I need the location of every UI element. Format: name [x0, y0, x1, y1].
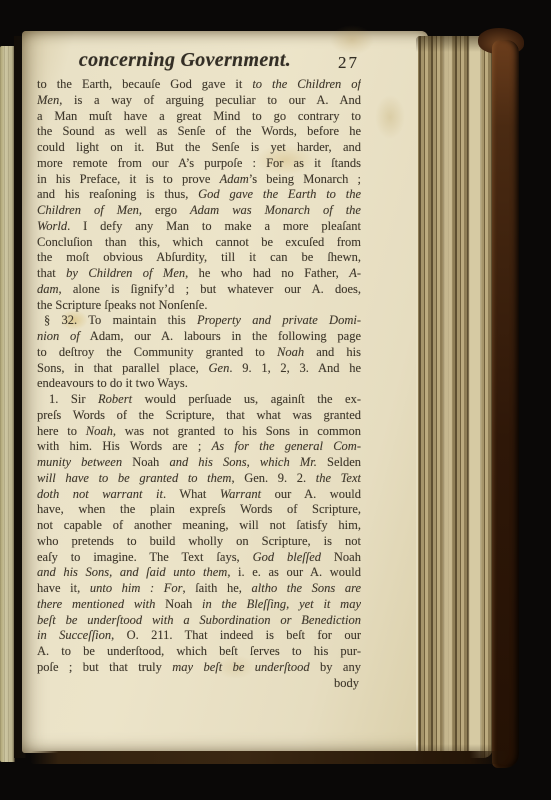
- roman-text: and his: [304, 345, 361, 359]
- roman-text: have, when the plain expreſs Words of Sc…: [37, 502, 361, 516]
- text-line: beſt be underſtood with a Subordination …: [37, 613, 361, 629]
- italic-text: Noah: [86, 424, 113, 438]
- text-line: the Sound as well as Senſe of the Words,…: [37, 124, 361, 140]
- text-line: and his Sons, and ſaid unto them, i. e. …: [37, 565, 361, 581]
- roman-text: , he who had no Father,: [185, 266, 349, 280]
- roman-text: endeavours to do it two Ways.: [37, 376, 188, 390]
- text-line: A. to be underſtood, which beſt ſerves t…: [37, 644, 361, 660]
- italic-text: will have to be granted to them: [37, 471, 231, 485]
- text-line: eaſy to imagine. The Text ſays, God bleſ…: [37, 550, 361, 566]
- text-line: will have to be granted to them, Gen. 9.…: [37, 471, 361, 487]
- roman-text: , O. 211. That indeed is beſt for our: [111, 628, 361, 642]
- text-line: endeavours to do it two Ways.: [37, 376, 361, 392]
- text-line: the Scripture ſpeaks not Nonſenſe.: [37, 298, 361, 314]
- text-line: World. I defy any Man to make a more ple…: [37, 219, 361, 235]
- italic-text: by Children of Men: [66, 266, 185, 280]
- bottom-board-edge: [30, 751, 508, 764]
- roman-text: . 9. 1, 2, 3. And he: [229, 361, 361, 375]
- italic-text: altho the Sons are: [252, 581, 362, 595]
- text-line: § 32. To maintain this Property and priv…: [37, 313, 361, 329]
- facing-page-edge: [0, 46, 15, 762]
- italic-text: Adam: [220, 172, 249, 186]
- italic-text: Noah: [277, 345, 304, 359]
- text-line: munity between Noah and his Sons, which …: [37, 455, 361, 471]
- text-line: doth not warrant it. What Warrant our A.…: [37, 487, 361, 503]
- page-number: 27: [338, 53, 359, 73]
- catchword: body: [37, 676, 361, 692]
- italic-text: Property and private Domi-: [197, 313, 361, 327]
- roman-text: who pretends to build wholly on Scriptur…: [37, 534, 361, 548]
- italic-text: dam: [37, 282, 59, 296]
- roman-text: , alone is ſignify’d ; but whatever our …: [59, 282, 361, 296]
- text-line: dam, alone is ſignify’d ; but whatever o…: [37, 282, 361, 298]
- roman-text: , ergo: [139, 203, 190, 217]
- text-line: here to Noah, was not granted to his Son…: [37, 424, 361, 440]
- roman-text: Concluſion than this, which cannot be ex…: [37, 235, 361, 249]
- text-block: to the Earth, becauſe God gave it to the…: [37, 77, 361, 691]
- roman-text: in his Preface, it is to prove: [37, 172, 220, 186]
- italic-text: As for the general Com-: [212, 439, 361, 453]
- fore-edge-pages: [416, 36, 493, 758]
- text-line: who pretends to build wholly on Scriptur…: [37, 534, 361, 550]
- text-line: could light on it. But the Senſe is yet …: [37, 140, 361, 156]
- roman-text: a Man muſt have a great Mind to go contr…: [37, 109, 361, 123]
- text-line: have, when the plain expreſs Words of Sc…: [37, 502, 361, 518]
- italic-text: World: [37, 219, 67, 233]
- roman-text: , was not granted to his Sons in common: [113, 424, 361, 438]
- italic-text: A-: [349, 266, 361, 280]
- italic-text: munity between: [37, 455, 122, 469]
- text-line: to the Earth, becauſe God gave it to the…: [37, 77, 361, 93]
- roman-text: Noah: [321, 550, 361, 564]
- running-header: concerning Government. 27: [37, 49, 361, 73]
- roman-text: Noah: [122, 455, 169, 469]
- text-line: 1. Sir Robert would perſuade us, againſt…: [37, 392, 361, 408]
- roman-text: Sons, in that parallel place,: [37, 361, 209, 375]
- roman-text: , is a way of arguing peculiar to our A.…: [59, 93, 361, 107]
- italic-text: Gen: [209, 361, 230, 375]
- roman-text: to the Earth, becauſe God gave it: [37, 77, 252, 91]
- roman-text: could light on it. But the Senſe is yet …: [37, 140, 361, 154]
- text-line: Men, is a way of arguing peculiar to our…: [37, 93, 361, 109]
- roman-text: Adam, our A. labours in the following pa…: [80, 329, 361, 343]
- roman-text: Selden: [317, 455, 361, 469]
- text-line: preſs Words of the Scripture, that what …: [37, 408, 361, 424]
- italic-text: may beſt be underſtood: [172, 660, 309, 674]
- italic-text: Adam was Monarch of the: [190, 203, 361, 217]
- roman-text: . I defy any Man to make a more pleaſant: [67, 219, 361, 233]
- roman-text: to deſtroy the Community granted to: [37, 345, 277, 359]
- roman-text: , Gen. 9. 2.: [231, 471, 315, 485]
- roman-text: 1. Sir: [49, 392, 98, 406]
- text-line: there mentioned with Noah in the Bleſſin…: [37, 597, 361, 613]
- roman-text: our A. would: [261, 487, 361, 501]
- italic-text: in the Bleſſing, yet it may: [202, 597, 361, 611]
- italic-text: God gave the Earth to the: [198, 187, 361, 201]
- roman-text: the Scripture ſpeaks not Nonſenſe.: [37, 298, 207, 312]
- text-line: the moſt obvious Abſurdity, till it can …: [37, 250, 361, 266]
- text-line: with him. His Words are ; As for the gen…: [37, 439, 361, 455]
- italic-text: in Succeſſion: [37, 628, 111, 642]
- roman-text: here to: [37, 424, 86, 438]
- text-line: Children of Men, ergo Adam was Monarch o…: [37, 203, 361, 219]
- roman-text: would perſuade us, againſt the ex-: [132, 392, 361, 406]
- roman-text: ’s being Monarch ;: [249, 172, 361, 186]
- italic-text: the Text: [316, 471, 361, 485]
- roman-text: the moſt obvious Abſurdity, till it can …: [37, 250, 361, 264]
- roman-text: preſs Words of the Scripture, that what …: [37, 408, 361, 422]
- roman-text: , ſaith he,: [182, 581, 251, 595]
- paper-stain: [375, 95, 405, 139]
- roman-text: , i. e. as our A. would: [227, 565, 361, 579]
- book-page: concerning Government. 27 to the Earth, …: [22, 31, 428, 753]
- roman-text: that: [37, 266, 66, 280]
- roman-text: not capable of another meaning, will not…: [37, 518, 361, 532]
- text-line: a Man muſt have a great Mind to go contr…: [37, 109, 361, 125]
- italic-text: Robert: [98, 392, 132, 406]
- italic-text: God bleſſed: [253, 550, 321, 564]
- italic-text: unto him : For: [90, 581, 183, 595]
- italic-text: doth not warrant it: [37, 487, 163, 501]
- roman-text: § 32. To maintain this: [44, 313, 197, 327]
- text-line: Concluſion than this, which cannot be ex…: [37, 235, 361, 251]
- italic-text: Warrant: [220, 487, 261, 501]
- roman-text: the Sound as well as Senſe of the Words,…: [37, 124, 361, 138]
- roman-text: poſe ; but that truly: [37, 660, 172, 674]
- italic-text: and his Sons, and ſaid unto them: [37, 565, 227, 579]
- italic-text: beſt be underſtood with a Subordination …: [37, 613, 361, 627]
- roman-text: have it,: [37, 581, 90, 595]
- text-line: and his reaſoning is thus, God gave the …: [37, 187, 361, 203]
- text-line: Sons, in that parallel place, Gen. 9. 1,…: [37, 361, 361, 377]
- roman-text: with him. His Words are ;: [37, 439, 212, 453]
- text-line: not capable of another meaning, will not…: [37, 518, 361, 534]
- italic-text: Children of Men: [37, 203, 139, 217]
- text-line: nion of Adam, our A. labours in the foll…: [37, 329, 361, 345]
- italic-text: nion of: [37, 329, 80, 343]
- roman-text: . What: [163, 487, 220, 501]
- text-line: have it, unto him : For, ſaith he, altho…: [37, 581, 361, 597]
- italic-text: and his Sons, which Mr.: [169, 455, 316, 469]
- roman-text: eaſy to imagine. The Text ſays,: [37, 550, 253, 564]
- roman-text: A. to be underſtood, which beſt ſerves t…: [37, 644, 361, 658]
- running-title: concerning Government.: [79, 49, 291, 71]
- italic-text: there mentioned with: [37, 597, 155, 611]
- italic-text: Men: [37, 93, 59, 107]
- text-line: in his Preface, it is to prove Adam’s be…: [37, 172, 361, 188]
- italic-text: to the Children of: [252, 77, 361, 91]
- text-line: poſe ; but that truly may beſt be underſ…: [37, 660, 361, 676]
- text-line: to deſtroy the Community granted to Noah…: [37, 345, 361, 361]
- book-cover-edge: [492, 40, 519, 768]
- roman-text: and his reaſoning is thus,: [37, 187, 198, 201]
- text-line: more remote from our A’s purpoſe : For a…: [37, 156, 361, 172]
- roman-text: by any: [310, 660, 361, 674]
- text-line: in Succeſſion, O. 211. That indeed is be…: [37, 628, 361, 644]
- roman-text: more remote from our A’s purpoſe : For a…: [37, 156, 361, 170]
- text-line: that by Children of Men, he who had no F…: [37, 266, 361, 282]
- roman-text: Noah: [155, 597, 202, 611]
